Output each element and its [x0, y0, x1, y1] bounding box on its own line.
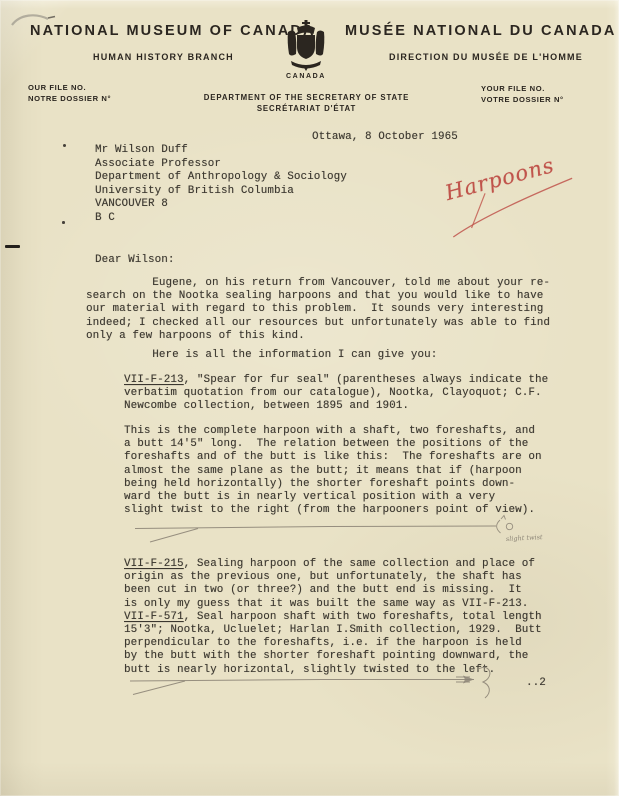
letterhead-title-french: MUSÉE NATIONAL DU CANADA — [345, 23, 616, 39]
text-line: foreshafts and of the butt is like this:… — [124, 451, 542, 464]
text-line: perpendicular to the foreshafts, i.e. if… — [124, 637, 542, 650]
text-line: Associate Professor — [95, 158, 347, 172]
text-line: search on the Nootka sealing harpoons an… — [86, 290, 550, 303]
letterhead-subtitle-english: HUMAN HISTORY BRANCH — [93, 52, 234, 62]
text-line: VANCOUVER 8 — [95, 198, 347, 212]
text-line: a butt 14'5" long. The relation between … — [124, 438, 542, 451]
text-line: ward the butt is in nearly vertical posi… — [124, 491, 542, 504]
salutation: Dear Wilson: — [95, 254, 175, 267]
catalog-paragraph-215-571: VII-F-215, Sealing harpoon of the same c… — [124, 558, 542, 677]
catalog-paragraph-213: VII-F-213, "Spear for fur seal" (parenth… — [124, 374, 548, 414]
text-line: only a few harpoons of this kind. — [86, 330, 550, 343]
text-line: Eugene, on his return from Vancouver, to… — [86, 277, 550, 290]
recipient-address: Mr Wilson DuffAssociate ProfessorDepartm… — [95, 144, 347, 225]
catalog-paragraph-description: This is the complete harpoon with a shaf… — [124, 425, 542, 517]
text-line: VII-F-215, Sealing harpoon of the same c… — [124, 558, 542, 571]
paragraph-1: Eugene, on his return from Vancouver, to… — [86, 277, 550, 343]
text-line: This is the complete harpoon with a shaf… — [124, 425, 542, 438]
info-intro-line: Here is all the information I can give y… — [86, 349, 437, 362]
handwritten-annotation: Harpoons — [443, 140, 616, 249]
page-continuation-marker: ..2 — [526, 677, 546, 690]
text-line: origin as the previous one, but unfortun… — [124, 571, 542, 584]
text-line: slight twist to the right (from the harp… — [124, 504, 542, 517]
margin-mark — [5, 245, 20, 248]
letterhead-title-english: NATIONAL MUSEUM OF CANADA — [30, 23, 316, 39]
text-line: indeed; I checked all our resources but … — [86, 317, 550, 330]
text-line: B C — [95, 212, 347, 226]
text-line: Department of Anthropology & Sociology — [95, 171, 347, 185]
text-line: Mr Wilson Duff — [95, 144, 347, 158]
text-line: is only my guess that it was built the s… — [124, 598, 542, 611]
text-line: almost the same plane as the butt; it me… — [124, 465, 542, 478]
text-line: VII-F-213, "Spear for fur seal" (parenth… — [124, 374, 548, 387]
text-line: butt is nearly horizontal, slightly twis… — [124, 664, 542, 677]
red-underline-flourish — [442, 164, 597, 241]
dateline: Ottawa, 8 October 1965 — [312, 131, 458, 144]
text-line: our material with regard to this problem… — [86, 303, 550, 316]
text-line: been cut in two (or three?) and the butt… — [124, 584, 542, 597]
canada-coat-of-arms-icon — [285, 20, 327, 72]
text-line: verbatim quotation from our catalogue), … — [124, 387, 548, 400]
ink-speck — [63, 144, 66, 147]
red-note-text: Harpoons — [443, 140, 604, 205]
your-file-no-label: YOUR FILE NO. VOTRE DOSSIER N° — [481, 83, 564, 105]
text-line: by the butt with the shorter foreshaft p… — [124, 650, 542, 663]
letter-scan: NATIONAL MUSEUM OF CANADA MUSÉE NATIONAL… — [0, 0, 619, 796]
text-line: University of British Columbia — [95, 185, 347, 199]
text-line: Newcombe collection, between 1895 and 19… — [124, 400, 548, 413]
department-line-2: SECRÉTARIAT D'ÉTAT — [0, 104, 616, 113]
text-line: VII-F-571, Seal harpoon shaft with two f… — [124, 611, 542, 624]
pencil-note-text: slight twist — [506, 533, 543, 543]
ink-speck — [62, 221, 65, 224]
text-line: 15'3"; Nootka, Ucluelet; Harlan I.Smith … — [124, 624, 542, 637]
crest-caption: CANADA — [283, 73, 329, 80]
text-line: being held horizontally) the shorter for… — [124, 478, 542, 491]
letterhead-subtitle-french: DIRECTION DU MUSÉE DE L'HOMME — [389, 52, 583, 62]
